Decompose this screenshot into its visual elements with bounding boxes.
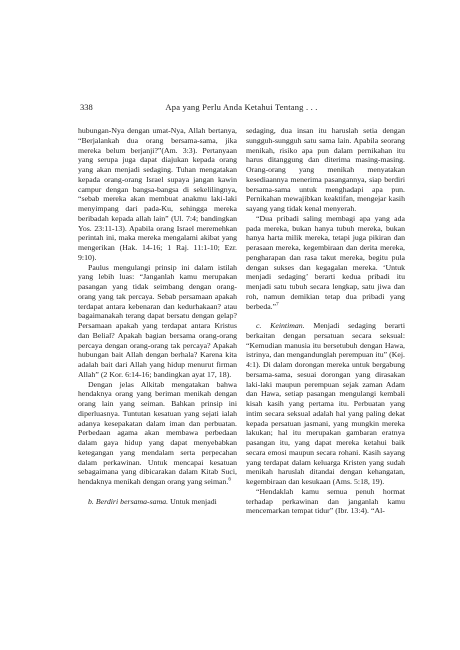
paragraph: Paulus mengulangi prinsip ini dalam isti… <box>78 263 237 380</box>
page-header: 338 Apa yang Perlu Anda Ketahui Tentang … <box>78 101 405 113</box>
paragraph-text: Paulus mengulangi prinsip ini dalam isti… <box>78 263 237 379</box>
footnote-reference: 6 <box>228 477 231 482</box>
paragraph: “Hendaklah kamu semua penuh hormat terha… <box>246 487 405 516</box>
paragraph-continuation: hubungan-Nya dengan umat-Nya, Allah bert… <box>78 126 237 263</box>
footnote-reference: 7 <box>276 302 279 307</box>
subsection-heading: b. Berdiri bersama-sama. <box>88 497 168 506</box>
paragraph-text: Menjadi sedaging berarti berkaitan denga… <box>246 321 405 486</box>
paragraph-subsection-b: b. Berdiri bersama-sama. Untuk menjadi <box>78 497 237 507</box>
paragraph-text: “Hendaklah kamu semua penuh hormat terha… <box>246 487 405 516</box>
right-column: sedaging, dua insan itu haruslah setia d… <box>246 126 405 516</box>
subsection-heading: c. Keintiman. <box>256 321 305 330</box>
paragraph-text: “Dua pribadi saling membagi apa yang ada… <box>246 214 405 311</box>
text-columns: hubungan-Nya dengan umat-Nya, Allah bert… <box>78 126 405 516</box>
paragraph-text: Untuk menjadi <box>168 497 217 506</box>
book-page: 338 Apa yang Perlu Anda Ketahui Tentang … <box>0 0 460 650</box>
paragraph: “Dua pribadi saling membagi apa yang ada… <box>246 214 405 312</box>
paragraph-text: hubungan-Nya dengan umat-Nya, Allah bert… <box>78 126 237 262</box>
paragraph: Dengan jelas Alkitab mengatakan bahwa he… <box>78 380 237 487</box>
running-title: Apa yang Perlu Anda Ketahui Tentang . . … <box>78 101 405 113</box>
paragraph-text: sedaging, dua insan itu haruslah setia d… <box>246 126 405 213</box>
paragraph-subsection-c: c. Keintiman. Menjadi sedaging berarti b… <box>246 321 405 487</box>
paragraph-continuation: sedaging, dua insan itu haruslah setia d… <box>246 126 405 214</box>
paragraph-text: Dengan jelas Alkitab mengatakan bahwa he… <box>78 380 237 487</box>
left-column: hubungan-Nya dengan umat-Nya, Allah bert… <box>78 126 237 516</box>
